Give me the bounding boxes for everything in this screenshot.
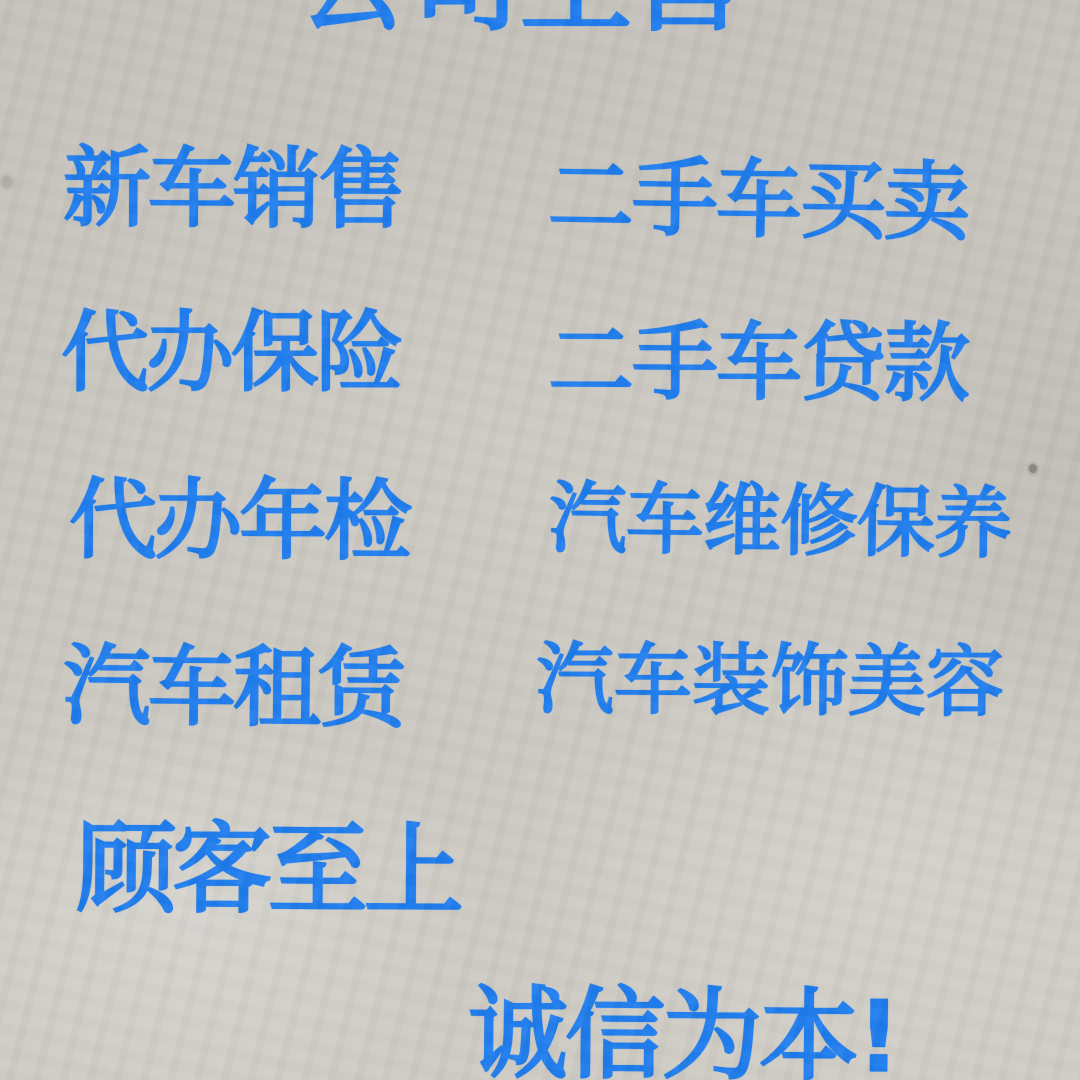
- service-decoration-beauty: 汽车装饰美容: [536, 641, 1005, 722]
- wall-smudge: [2, 176, 12, 188]
- slogan-customer-first: 顾客至上: [76, 819, 461, 922]
- service-annual-inspection: 代办年检: [69, 476, 409, 566]
- service-used-car-trading: 二手车买卖: [547, 154, 968, 247]
- slogan-integrity-first: 诚信为本!: [468, 984, 899, 1080]
- sign-title: 公司主营: [296, 0, 744, 38]
- service-insurance-agency: 代办保险: [61, 309, 401, 397]
- service-new-car-sales: 新车销售: [63, 144, 404, 234]
- service-car-rental: 汽车租赁: [63, 642, 404, 734]
- sign-board: 公司主营 新车销售 代办保险 代办年检 汽车租赁 二手车买卖 二手车贷款 汽车维…: [0, 0, 1080, 1080]
- wall-speck: [1029, 464, 1037, 473]
- service-used-car-loans: 二手车贷款: [548, 319, 968, 407]
- service-repair-maintenance: 汽车维修保养: [549, 480, 1012, 564]
